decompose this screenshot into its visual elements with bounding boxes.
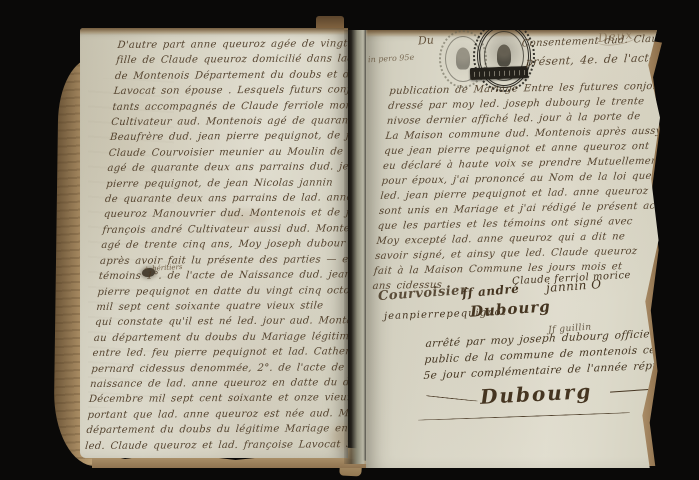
manuscript-line: pierre pequignot en datte du vingt cinq … — [97, 283, 348, 300]
left-page-text: D'autre part anne queuroz agée de vingt … — [84, 36, 348, 458]
manuscript-line: de quarante deux ans parrains de lad. an… — [104, 190, 348, 207]
manuscript-line: mil sept cent soixante quatre vieux stil… — [96, 298, 348, 315]
manuscript-line: Lavocat son épouse . Lesquels futurs con… — [113, 82, 348, 99]
manuscript-line: de Montenois Département du doubs et de … — [114, 67, 348, 84]
header-line: Consentement dud. Claude queuroz — [521, 32, 660, 50]
manuscript-line: Claude Courvoisier meunier au Moulin de … — [108, 144, 348, 161]
signature-dubourg: Dubourg — [469, 297, 551, 321]
manuscript-line: après avoir fait lu présente des parties… — [99, 252, 348, 269]
stamp-figure — [456, 48, 470, 70]
manuscript-line: entre led. feu pierre pequignot et lad. … — [92, 344, 348, 361]
manuscript-line: qui constate qu'il est né led. jour aud.… — [94, 313, 348, 330]
signature-flourish — [426, 395, 478, 401]
stamp-figure — [497, 45, 511, 67]
manuscript-line: françois andré Cultivateur aussi dud. Mo… — [102, 221, 348, 238]
closing-statement: arrêté par moy joseph dubourg officierpu… — [423, 324, 660, 384]
right-page: Deux Du in pero 95e Consentement dud. Cl… — [366, 30, 660, 468]
right-page-text: publication de Mariage Entre les futures… — [372, 78, 660, 294]
header-line: présent, 4e. de l'acte de — [525, 50, 660, 68]
manuscript-line: au département du doubs du Mariage légit… — [93, 329, 348, 346]
manuscript-line: naissance de lad. anne queuroz en datte … — [89, 375, 348, 392]
archival-scan: D'autre part anne queuroz agée de vingt … — [0, 0, 699, 480]
manuscript-line: témoins 1°. de l'acte de Naissance dud. … — [98, 267, 348, 284]
manuscript-line: led. Claude queuroz et lad. françoise La… — [85, 437, 346, 454]
manuscript-line: D'autre part anne queuroz agée de vingt … — [117, 36, 348, 53]
left-page: D'autre part anne queuroz agée de vingt … — [80, 28, 348, 458]
manuscript-line: agé de quarante deux ans parrains dud. j… — [107, 159, 348, 176]
manuscript-line: Décembre mil sept cent soixante et onze … — [88, 391, 348, 408]
manuscript-line: département du doubs du légitime Mariage… — [86, 421, 347, 438]
manuscript-line: Cultivateur aud. Montenois agé de quaran… — [111, 113, 348, 130]
signature-jannin: jannin O — [546, 277, 602, 295]
manuscript-line: pernard cidessus denommée, 2°. de l'acte… — [91, 360, 348, 377]
manuscript-line: tants accompagnés de Claude ferriole mor… — [112, 98, 348, 115]
margin-note-registration: in pero 95e — [368, 53, 415, 64]
manuscript-line: pierre pequignot, de jean Nicolas jannin — [106, 175, 348, 192]
stamp-banner — [470, 66, 528, 80]
manuscript-line: portant que lad. anne queuroz est née au… — [87, 406, 348, 423]
manuscript-line: queuroz Manouvrier dud. Montenois et de … — [103, 206, 348, 223]
signature-flourish — [418, 412, 630, 420]
manuscript-line: agé de trente cinq ans, Moy joseph dubou… — [101, 236, 348, 253]
manuscript-line: Beaufrère dud. jean pierre pequignot, de… — [109, 129, 348, 146]
final-signature-dubourg: Dubourg — [479, 379, 592, 409]
margin-note-du: Du — [418, 33, 435, 47]
book-gutter — [344, 30, 368, 464]
manuscript-line: fille de Claude queuroz domicilié dans l… — [116, 52, 348, 69]
